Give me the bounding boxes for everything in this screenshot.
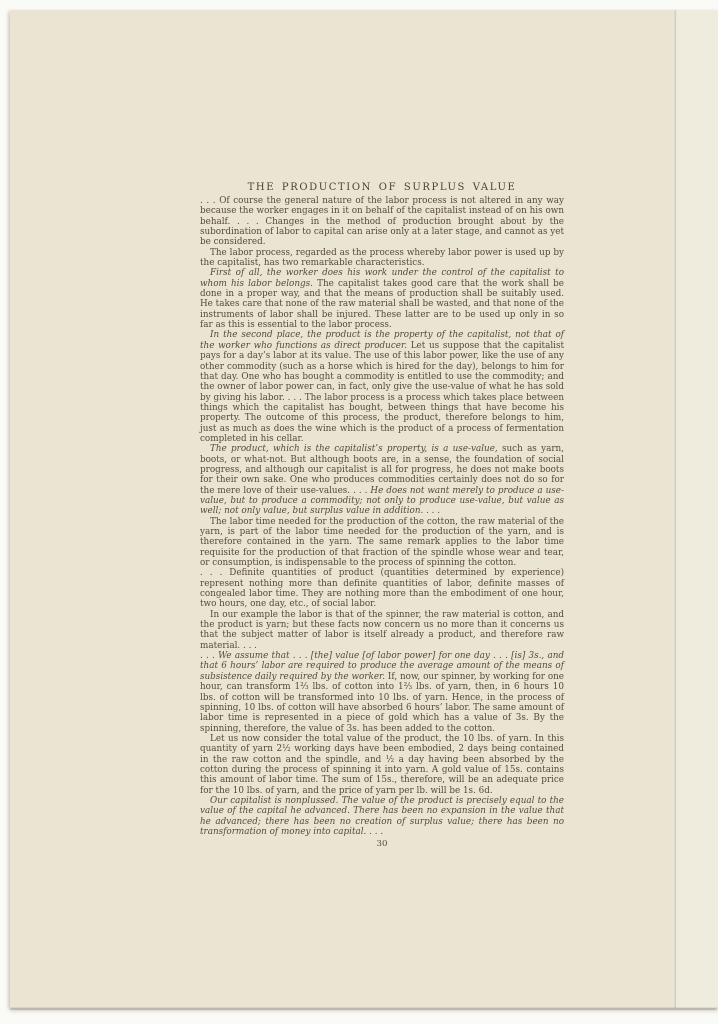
paragraphs: . . . Of course the general nature of th… [200,196,564,837]
text-run: . . . Of course the general nature of th… [200,196,564,247]
text-run: In our example the labor is that of the … [200,610,564,651]
paragraph: The labor process, regarded as the proce… [200,248,564,269]
paragraph: In our example the labor is that of the … [200,610,564,651]
paragraph: . . . Definite quantities of product (qu… [200,568,564,609]
paragraph: The labor time needed for the production… [200,517,564,569]
paragraph: . . . Of course the general nature of th… [200,196,564,248]
paragraph: Our capitalist is nonplussed. The value … [200,796,564,837]
text-block: THE PRODUCTION OF SURPLUS VALUE . . . Of… [200,182,564,849]
paragraph: Let us now consider the total value of t… [200,734,564,796]
paper-fold-crease [674,10,677,1008]
text-run: Let us suppose that the capitalist pays … [200,341,564,444]
paragraph: In the second place, the product is the … [200,330,564,444]
text-run: The labor time needed for the production… [200,517,564,568]
paragraph: First of all, the worker does his work u… [200,268,564,330]
italic-text-run: The product, which is the capitalist’s p… [210,444,502,454]
italic-text-run: Our capitalist is nonplussed. The value … [200,796,564,837]
text-run: The labor process, regarded as the proce… [200,248,564,268]
paragraph: The product, which is the capitalist’s p… [200,444,564,516]
page-number: 30 [200,839,564,849]
folded-leaf-edge [676,10,718,1008]
deckle-bottom-edge [10,1007,718,1010]
text-run: . . . Definite quantities of product (qu… [200,568,564,609]
paragraph: . . . We assume that . . . [the] value [… [200,651,564,734]
page-title: THE PRODUCTION OF SURPLUS VALUE [200,182,564,193]
text-run: Let us now consider the total value of t… [200,734,564,796]
paper-sheet: THE PRODUCTION OF SURPLUS VALUE . . . Of… [10,10,718,1008]
